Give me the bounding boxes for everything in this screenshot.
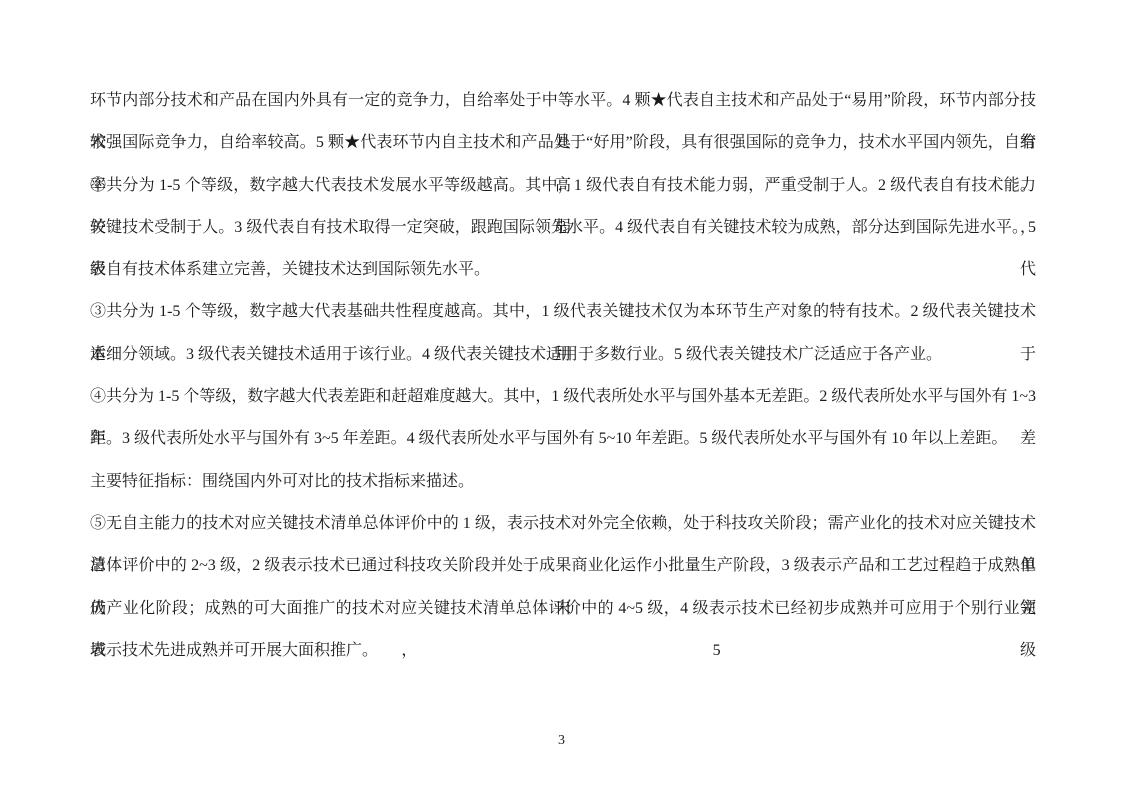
paragraph-note-2: ②共分为 1-5 个等级，数字越大代表技术发展水平等级越高。其中，1 级代表自有…: [90, 165, 1036, 292]
paragraph-star-rating-continued: 环节内部分技术和产品在国内外具有一定的竞争力，自给率处于中等水平。4 颗★代表自…: [90, 80, 1036, 165]
page-number: 3: [0, 731, 1123, 751]
document-page: 环节内部分技术和产品在国内外具有一定的竞争力，自给率处于中等水平。4 颗★代表自…: [0, 0, 1123, 794]
text-line: 关键技术受制于人。3 级代表自有技术取得一定突破，跟跑国际领先水平。4 级代表自…: [90, 207, 1036, 249]
text-line: 环节内部分技术和产品在国内外具有一定的竞争力，自给率处于中等水平。4 颗★代表自…: [90, 80, 1036, 122]
text-line: 成产业化阶段；成熟的可大面推广的技术对应关键技术清单总体评价中的 4~5 级，4…: [90, 588, 1036, 630]
text-line: ②共分为 1-5 个等级，数字越大代表技术发展水平等级越高。其中，1 级代表自有…: [90, 165, 1036, 207]
paragraph-note-5: ⑤无自主能力的技术对应关键技术清单总体评价中的 1 级，表示技术对外完全依赖，处…: [90, 503, 1036, 672]
text-line: 本细分领域。3 级代表关键技术适用于该行业。4 级代表关键技术适用于多数行业。5…: [90, 334, 1036, 376]
text-line: 距。3 级代表所处水平与国外有 3~5 年差距。4 级代表所处水平与国外有 5~…: [90, 418, 1036, 460]
text-line: ③共分为 1-5 个等级，数字越大代表基础共性程度越高。其中，1 级代表关键技术…: [90, 291, 1036, 333]
text-line: ④共分为 1-5 个等级，数字越大代表差距和赶超难度越大。其中，1 级代表所处水…: [90, 376, 1036, 418]
text-block: 环节内部分技术和产品在国内外具有一定的竞争力，自给率处于中等水平。4 颗★代表自…: [90, 80, 1036, 672]
text-line: 较强国际竞争力，自给率较高。5 颗★代表环节内自主技术和产品处于“好用”阶段，具…: [90, 122, 1036, 164]
paragraph-key-indicators: 主要特征指标：围绕国内外可对比的技术指标来描述。: [90, 461, 1036, 503]
paragraph-note-4: ④共分为 1-5 个等级，数字越大代表差距和赶超难度越大。其中，1 级代表所处水…: [90, 376, 1036, 461]
text-line: ⑤无自主能力的技术对应关键技术清单总体评价中的 1 级，表示技术对外完全依赖，处…: [90, 503, 1036, 545]
text-line: 总体评价中的 2~3 级，2 级表示技术已通过科技攻关阶段并处于成果商业化运作小…: [90, 545, 1036, 587]
text-line: 主要特征指标：围绕国内外可对比的技术指标来描述。: [90, 461, 1036, 503]
paragraph-note-3: ③共分为 1-5 个等级，数字越大代表基础共性程度越高。其中，1 级代表关键技术…: [90, 291, 1036, 376]
